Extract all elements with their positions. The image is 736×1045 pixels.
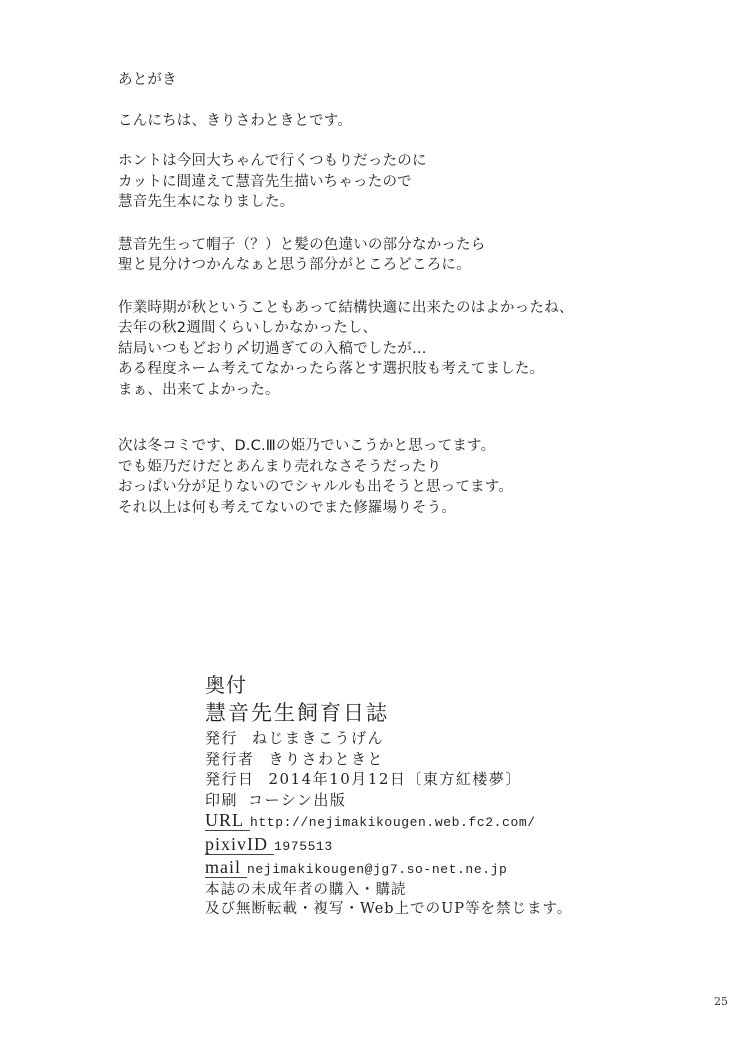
- text-line: 去年の秋2週間くらいしかなかったし、: [118, 318, 678, 339]
- afterword-paragraph-origin: ホントは今回大ちゃんで行くつもりだったのに カットに間違えて慧音先生描いちゃった…: [118, 151, 678, 213]
- colophon-section: 奥付 慧音先生飼育日誌 発行ねじまきこうげん 発行者きりさわときと 発行日201…: [205, 672, 625, 919]
- text-line: 作業時期が秋ということもあって結構快適に出来たのはよかったね、: [118, 298, 678, 319]
- colophon-row-pixiv: pixivID1975513: [205, 834, 625, 858]
- text-line: 結局いつもどおり〆切過ぎての入稿でしたが…: [118, 339, 678, 360]
- colophon-row-mail: mailnejimakikougen@jg7.so-net.ne.jp: [205, 857, 625, 881]
- text-line: 聖と見分けつかんなぁと思う部分がところどころに。: [118, 255, 678, 276]
- colophon-heading: 奥付: [205, 672, 625, 698]
- text-line: こんにちは、きりさわときとです。: [118, 111, 678, 132]
- text-line: ホントは今回大ちゃんで行くつもりだったのに: [118, 151, 678, 172]
- colophon-label: 発行: [205, 728, 238, 749]
- email-link[interactable]: nejimakikougen@jg7.so-net.ne.jp: [247, 862, 507, 877]
- colophon-label: 発行者: [205, 749, 255, 770]
- colophon-label: 印刷: [205, 790, 238, 811]
- colophon-row-issuer: 発行者きりさわときと: [205, 749, 625, 770]
- afterword-paragraph-work: 作業時期が秋ということもあって結構快適に出来たのはよかったね、 去年の秋2週間く…: [118, 298, 678, 401]
- afterword-section: あとがき こんにちは、きりさわときとです。 ホントは今回大ちゃんで行くつもりだっ…: [118, 70, 678, 518]
- page-number: 25: [714, 995, 728, 1008]
- colophon-value: コーシン出版: [248, 791, 346, 809]
- mail-label: mail: [205, 857, 247, 878]
- text-line: まぁ、出来てよかった。: [118, 380, 678, 401]
- book-title: 慧音先生飼育日誌: [205, 698, 625, 728]
- colophon-row-url: URLhttp://nejimakikougen.web.fc2.com/: [205, 810, 625, 834]
- text-line: 慧音先生本になりました。: [118, 192, 678, 213]
- copyright-notice-line: 及び無断転載・複写・Web上でのUP等を禁じます。: [205, 900, 625, 919]
- colophon-value: 2014年10月12日〔東方紅楼夢〕: [269, 770, 522, 788]
- colophon-value: ねじまきこうげん: [252, 729, 384, 747]
- website-link[interactable]: http://nejimakikougen.web.fc2.com/: [250, 815, 536, 830]
- afterword-paragraph-design: 慧音先生って帽子（？）と髪の色違いの部分なかったら 聖と見分けつかんなぁと思う部…: [118, 235, 678, 276]
- colophon-row-publisher: 発行ねじまきこうげん: [205, 728, 625, 749]
- text-line: 次は冬コミです、D.C.Ⅲの姫乃でいこうかと思ってます。: [118, 436, 678, 457]
- text-line: でも姫乃だけだとあんまり売れなさそうだったり: [118, 457, 678, 478]
- pixiv-label: pixivID: [205, 834, 274, 855]
- text-line: ある程度ネーム考えてなかったら落とす選択肢も考えてました。: [118, 359, 678, 380]
- colophon-label: 発行日: [205, 769, 255, 790]
- colophon-row-date: 発行日2014年10月12日〔東方紅楼夢〕: [205, 769, 625, 790]
- afterword-heading: あとがき: [118, 70, 678, 91]
- afterword-paragraph-greeting: こんにちは、きりさわときとです。: [118, 111, 678, 132]
- text-line: カットに間違えて慧音先生描いちゃったので: [118, 172, 678, 193]
- pixiv-id-value: 1975513: [274, 839, 333, 854]
- text-line: それ以上は何も考えてないのでまた修羅場りそう。: [118, 498, 678, 519]
- afterword-paragraph-next: 次は冬コミです、D.C.Ⅲの姫乃でいこうかと思ってます。 でも姫乃だけだとあんま…: [118, 436, 678, 518]
- colophon-value: きりさわときと: [269, 750, 385, 768]
- copyright-notice-line: 本誌の未成年者の購入・購読: [205, 881, 625, 900]
- url-label: URL: [205, 810, 250, 831]
- text-line: おっぱい分が足りないのでシャルルも出そうと思ってます。: [118, 477, 678, 498]
- colophon-row-printer: 印刷コーシン出版: [205, 790, 625, 811]
- text-line: 慧音先生って帽子（？）と髪の色違いの部分なかったら: [118, 235, 678, 256]
